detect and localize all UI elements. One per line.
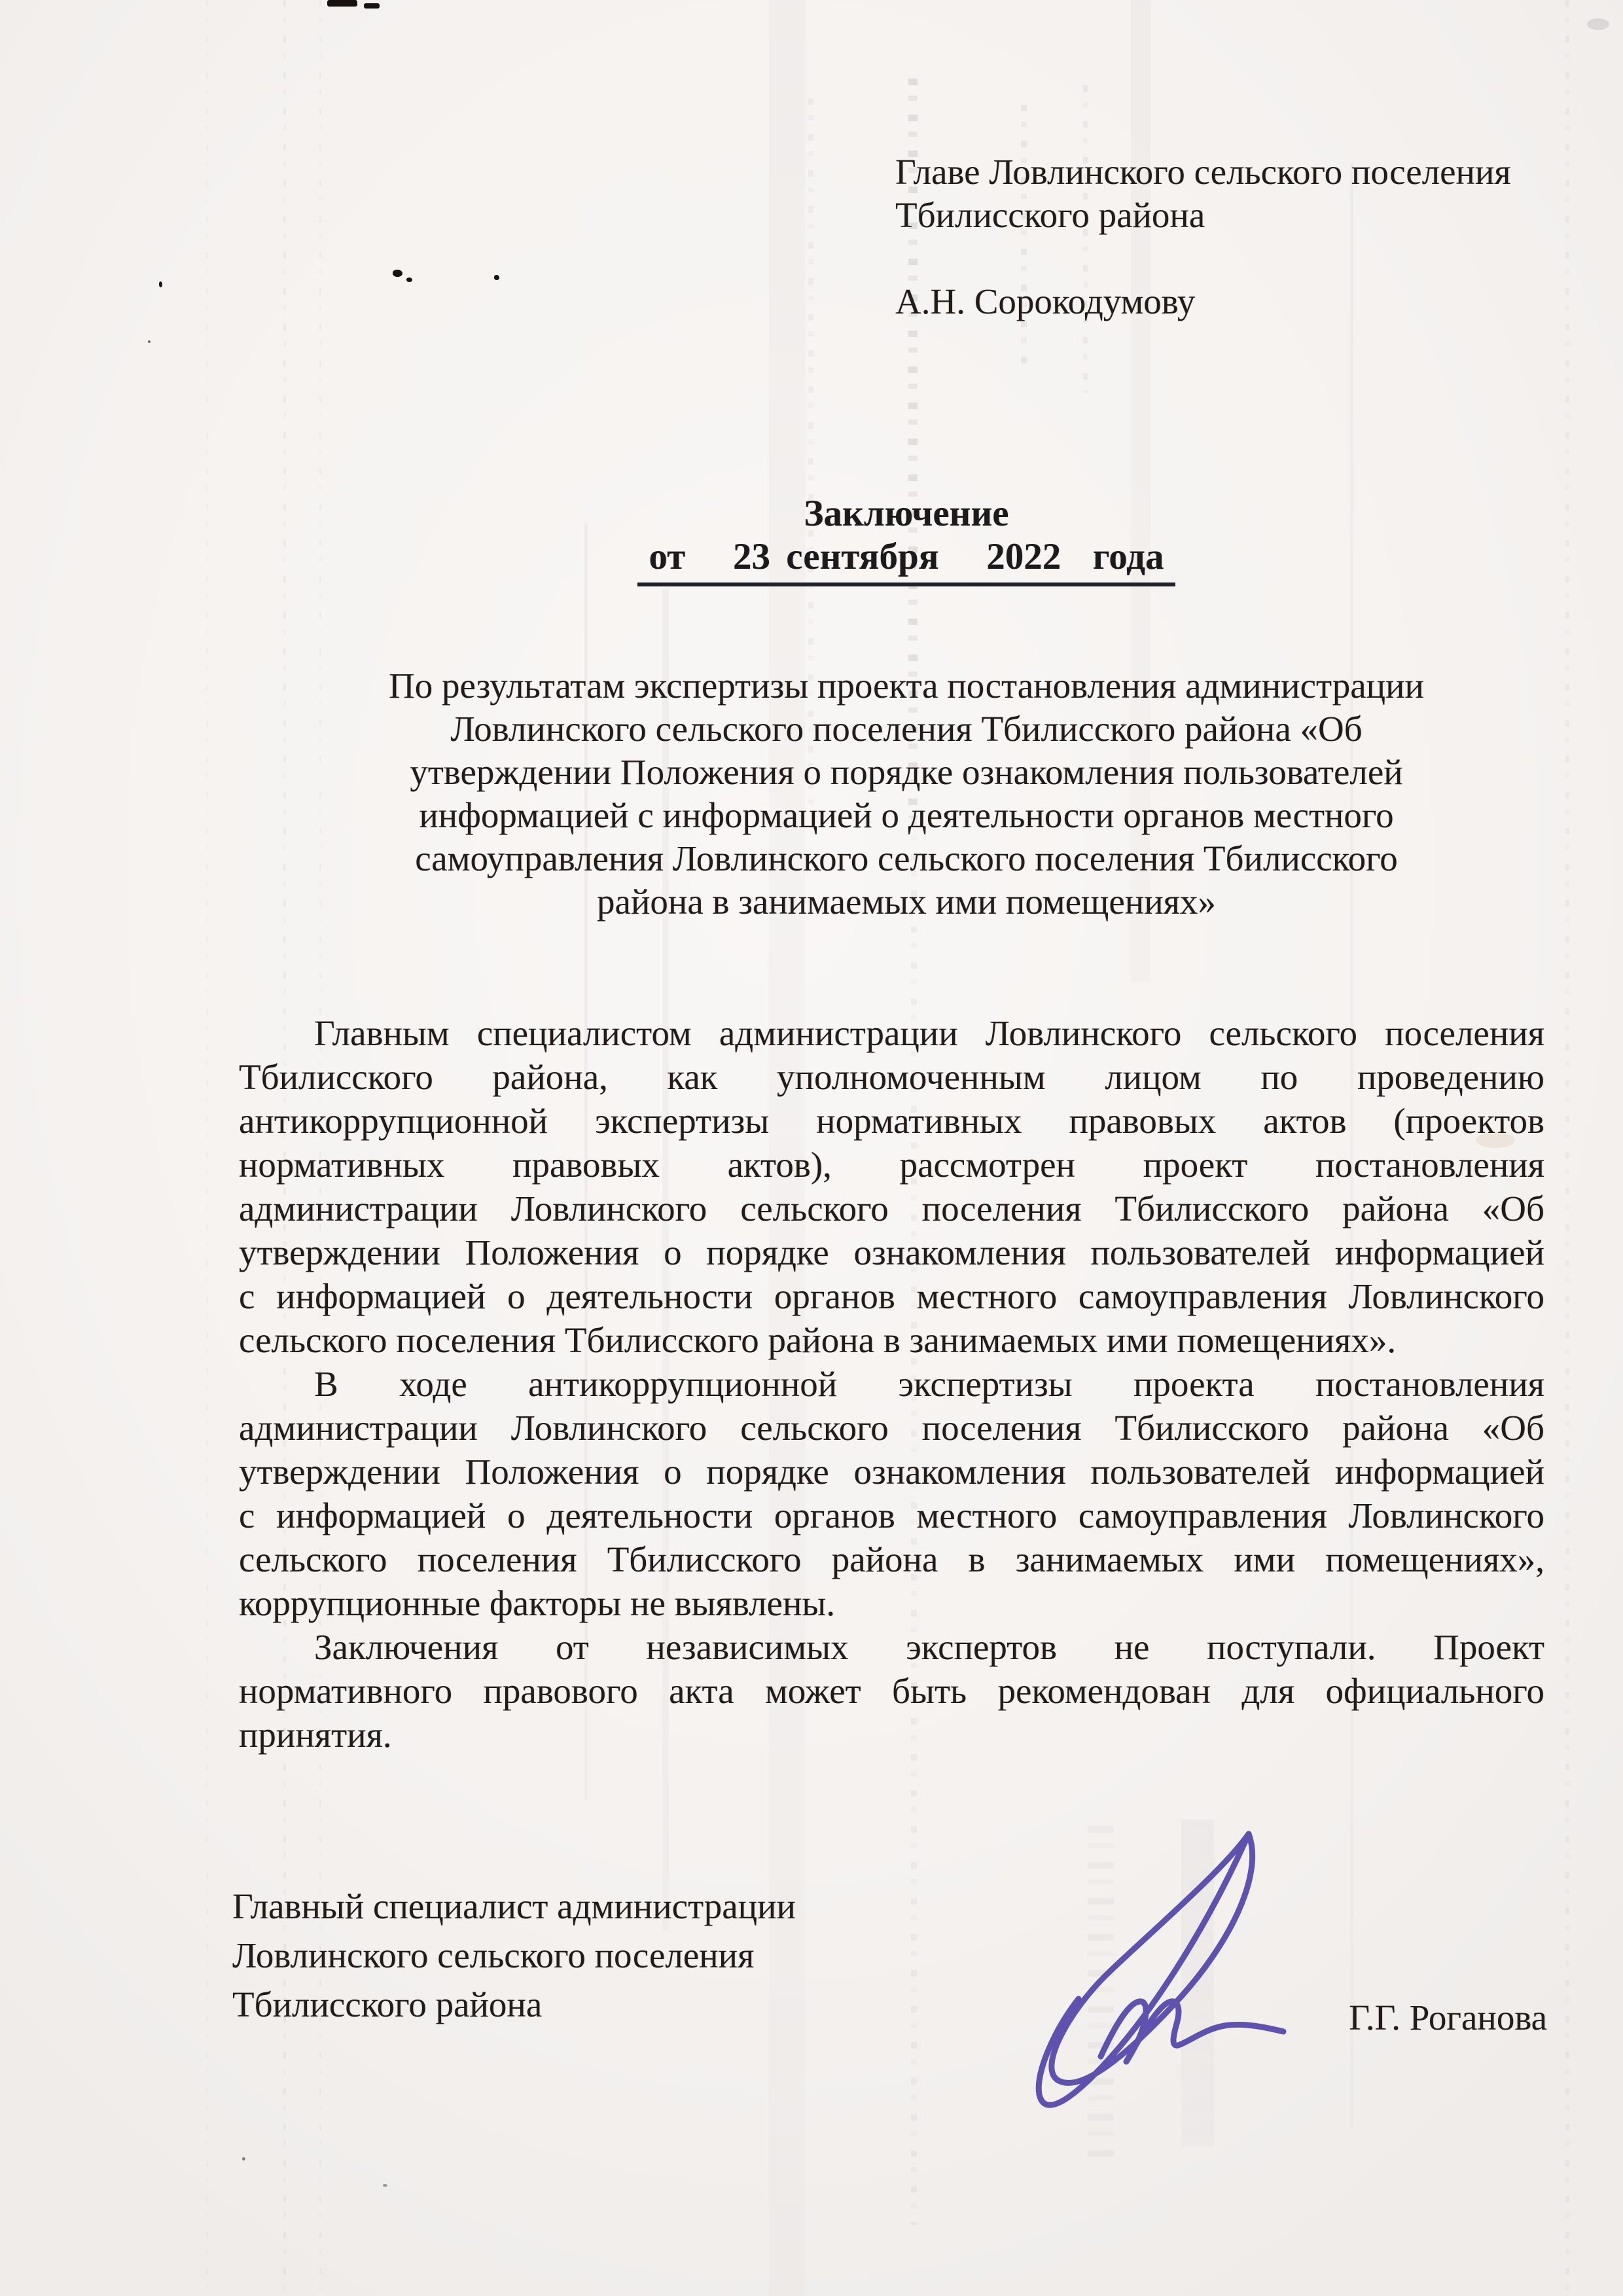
text-line: Тбилисского района, как уполномоченным л… — [239, 1055, 1544, 1099]
ink-speck — [383, 2184, 387, 2187]
text-line: коррупционные факторы не выявлены. — [239, 1581, 1544, 1625]
subject-line: самоуправления Ловлинского сельского пос… — [268, 837, 1544, 880]
recipient-lines: Главе Ловлинского сельского поселенияТби… — [895, 151, 1511, 237]
text-line: нормативных правовых актов), рассмотрен … — [239, 1143, 1544, 1187]
text-line: В ходе антикоррупционной экспертизы прое… — [239, 1362, 1544, 1406]
recipient-line: Главе Ловлинского сельского поселения — [895, 151, 1511, 194]
signature-stroke — [1039, 1834, 1283, 2105]
document-date-line: от 23 сентября 2022 года — [268, 535, 1544, 586]
text-line: антикоррупционной экспертизы нормативных… — [239, 1099, 1544, 1143]
recipient-line: Тбилисского района — [895, 194, 1511, 237]
body-paragraph-3: Заключения от независимых экспертов не п… — [239, 1625, 1544, 1757]
ink-speck — [159, 281, 162, 287]
signature-position-line: Ловлинского сельского поселения — [232, 1931, 796, 1980]
signatory-name: Г.Г. Роганова — [1285, 1996, 1547, 2039]
text-line: утверждении Положения о порядке ознакомл… — [239, 1450, 1544, 1494]
document-date: от 23 сентября 2022 года — [637, 535, 1176, 586]
text-line: утверждении Положения о порядке ознакомл… — [239, 1230, 1544, 1274]
scan-smudge — [1587, 18, 1609, 30]
subject-line: Ловлинского сельского поселения Тбилисск… — [268, 708, 1544, 751]
scan-streak — [1565, 0, 1569, 2296]
ink-speck — [148, 340, 151, 343]
subject-line: района в занимаемых ими помещениях» — [268, 880, 1544, 924]
text-line: сельского поселения Тбилисского района в… — [239, 1318, 1544, 1362]
text-line: нормативного правового акта может быть р… — [239, 1669, 1544, 1713]
subject-line: По результатам экспертизы проекта постан… — [268, 664, 1544, 708]
signature-position-block: Главный специалист администрацииЛовлинск… — [232, 1882, 796, 2029]
text-line: с информацией о деятельности органов мес… — [239, 1274, 1544, 1318]
scanned-document-page: Главе Ловлинского сельского поселенияТби… — [0, 0, 1623, 2296]
body-text: Главным специалистом администрации Ловли… — [239, 1011, 1544, 1757]
ink-speck — [494, 275, 499, 280]
signature-image — [1008, 1812, 1315, 2132]
text-line: администрации Ловлинского сельского посе… — [239, 1187, 1544, 1230]
subject-block: По результатам экспертизы проекта постан… — [268, 664, 1544, 924]
subject-line: информацией с информацией о деятельности… — [268, 794, 1544, 837]
title-block: Заключение от 23 сентября 2022 года — [268, 492, 1544, 586]
signature-position-line: Главный специалист администрации — [232, 1882, 796, 1931]
subject-line: утверждении Положения о порядке ознакомл… — [268, 751, 1544, 794]
recipient-name: А.Н. Сорокодумову — [895, 280, 1511, 323]
ink-speck — [393, 270, 402, 277]
text-line: администрации Ловлинского сельского посе… — [239, 1406, 1544, 1450]
text-line: Заключения от независимых экспертов не п… — [239, 1625, 1544, 1669]
text-line: с информацией о деятельности органов мес… — [239, 1494, 1544, 1537]
ink-speck — [327, 0, 357, 7]
text-line: сельского поселения Тбилисского района в… — [239, 1537, 1544, 1581]
body-paragraph-2: В ходе антикоррупционной экспертизы прое… — [239, 1362, 1544, 1625]
document-title: Заключение — [268, 492, 1544, 535]
text-line: Главным специалистом администрации Ловли… — [239, 1011, 1544, 1055]
ink-speck — [364, 3, 380, 9]
body-paragraph-1: Главным специалистом администрации Ловли… — [239, 1011, 1544, 1362]
recipient-block: Главе Ловлинского сельского поселенияТби… — [895, 151, 1511, 323]
scan-streak — [206, 0, 208, 2296]
text-line: принятия. — [239, 1713, 1544, 1757]
ink-speck — [242, 2157, 245, 2161]
signature-position-line: Тбилисского района — [232, 1980, 796, 2029]
ink-speck — [406, 278, 412, 282]
